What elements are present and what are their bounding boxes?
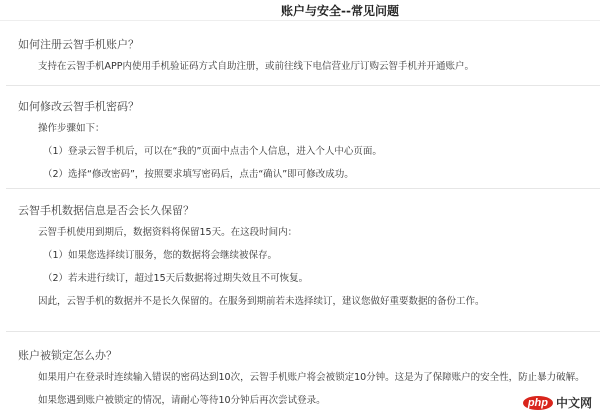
section-divider [6,188,600,189]
faq-register-account: 如何注册云智手机账户？ 支持在云智手机APP内使用手机验证码方式自助注册，或前往… [18,36,598,81]
faq-answer: 支持在云智手机APP内使用手机验证码方式自助注册，或前往线下电信营业厅订购云智手… [38,58,598,72]
faq-intro: 操作步骤如下： [38,120,598,134]
faq-step: （1）如果您选择续订服务，您的数据将会继续被保存。 [43,247,598,261]
faq-step: （2）选择“修改密码”，按照要求填写密码后，点击“确认”即可修改成功。 [43,166,598,180]
watermark-text: 中文网 [556,394,592,411]
faq-question: 云智手机数据信息是否会长久保留？ [18,202,598,218]
faq-answer: 如果您遇到账户被锁定的情况，请耐心等待10分钟后再次尝试登录。 [38,392,598,406]
faq-question: 如何修改云智手机密码？ [18,98,598,114]
faq-change-password: 如何修改云智手机密码？ 操作步骤如下： （1）登录云智手机后，可以在“我的”页面… [18,98,598,189]
faq-question: 账户被锁定怎么办？ [18,347,598,363]
section-divider [6,331,600,332]
faq-question: 如何注册云智手机账户？ [18,36,598,52]
faq-step: （2）若未进行续订，超过15天后数据将过期失效且不可恢复。 [43,270,598,284]
watermark-logo: php 中文网 [523,394,592,411]
php-logo-icon: php [523,396,553,410]
faq-conclusion: 因此，云智手机的数据并不是长久保留的。在服务到期前若未选择续订，建议您做好重要数… [38,293,598,307]
faq-account-locked: 账户被锁定怎么办？ 如果用户在登录时连续输入错误的密码达到10次，云智手机账户将… [18,347,598,415]
section-divider [6,85,600,86]
faq-step: （1）登录云智手机后，可以在“我的”页面中点击个人信息，进入个人中心页面。 [43,143,598,157]
faq-data-retention: 云智手机数据信息是否会长久保留？ 云智手机使用到期后，数据资料将保留15天。在这… [18,202,598,316]
header-divider [0,20,600,21]
faq-intro: 云智手机使用到期后，数据资料将保留15天。在这段时间内： [38,224,598,238]
page-title: 账户与安全--常见问题 [0,2,600,19]
faq-answer: 如果用户在登录时连续输入错误的密码达到10次，云智手机账户将会被锁定10分钟。这… [38,369,598,383]
